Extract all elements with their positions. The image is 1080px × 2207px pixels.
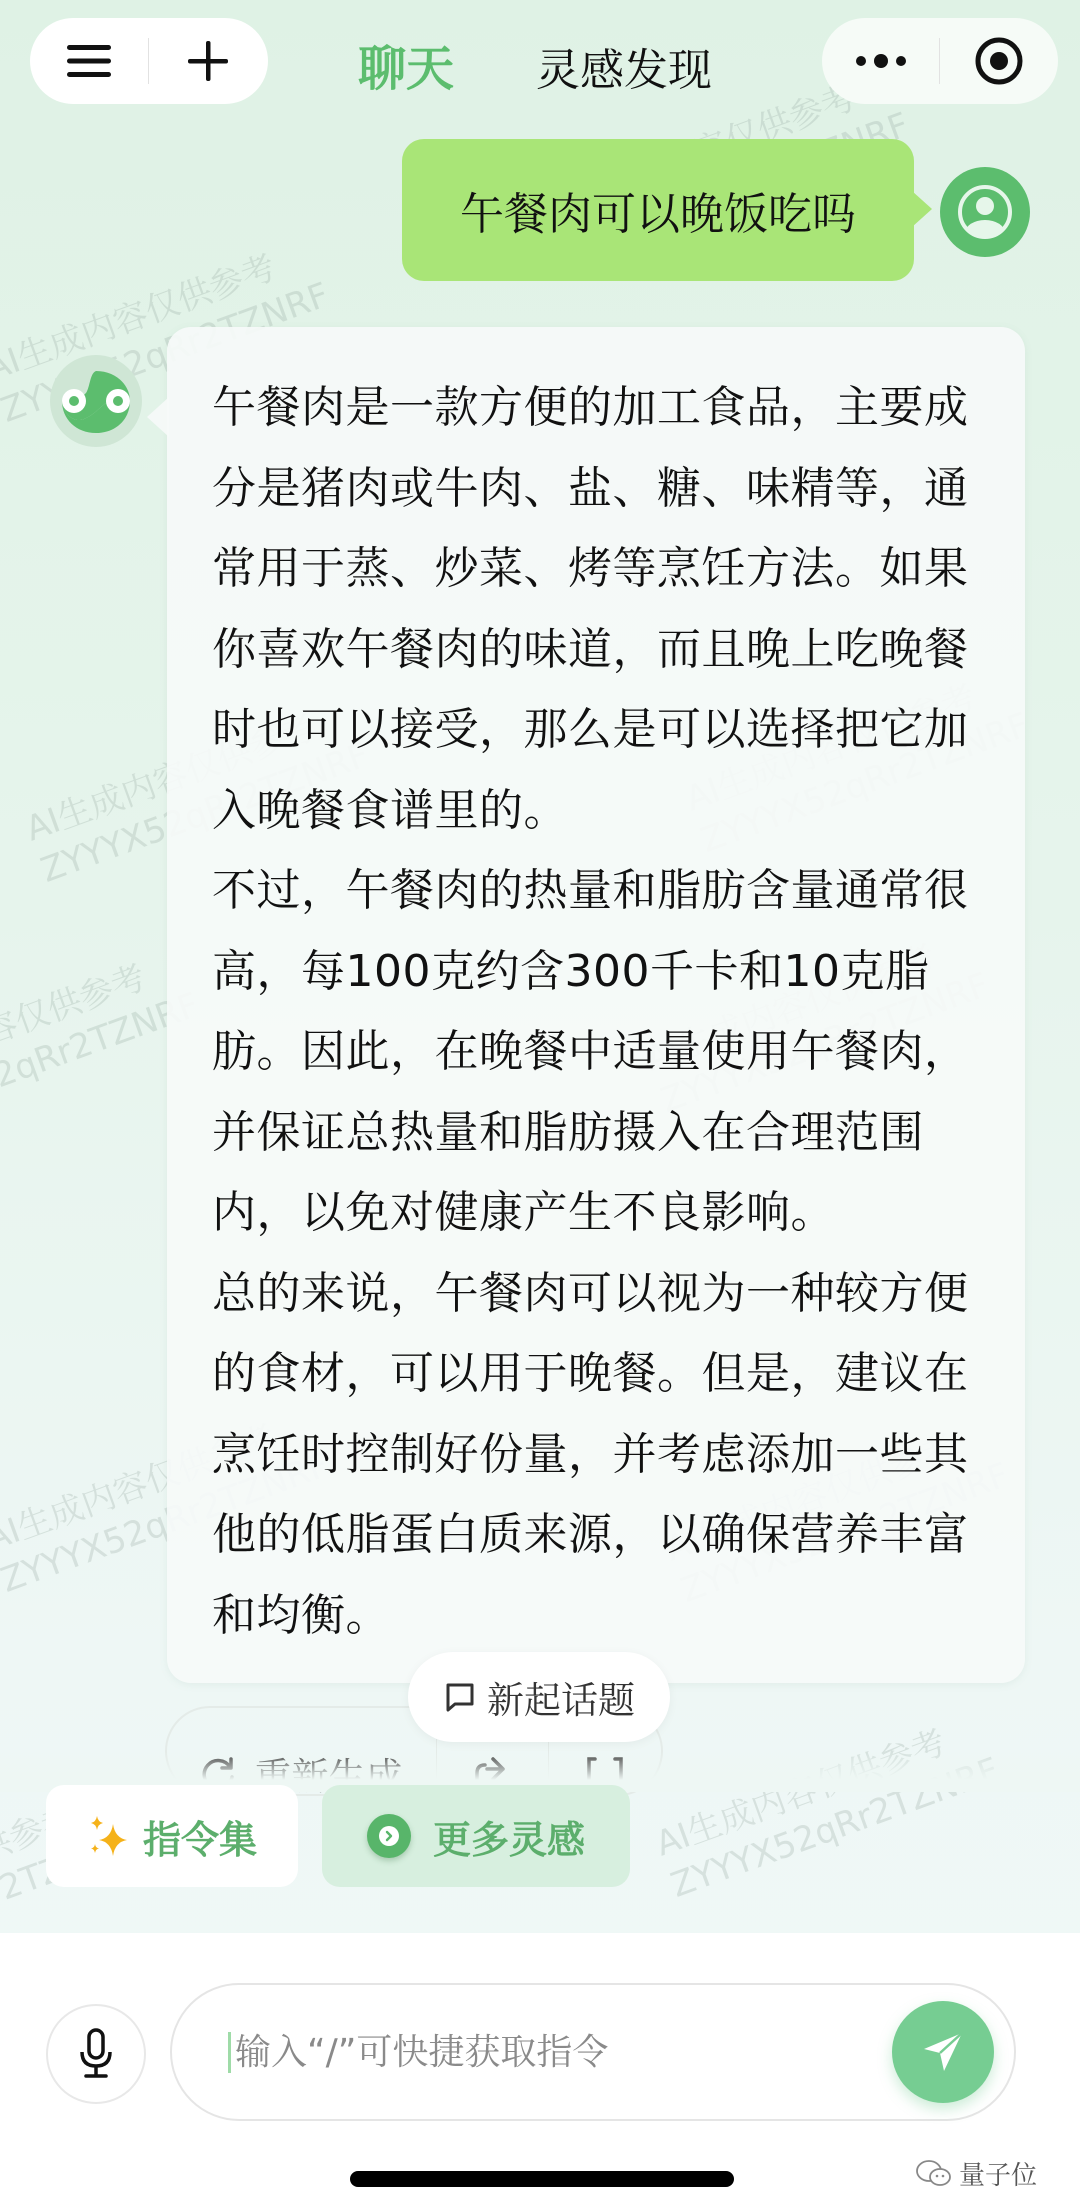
message-input[interactable] xyxy=(228,2032,828,2073)
user-avatar[interactable] xyxy=(940,167,1030,257)
arrow-circle-icon xyxy=(367,1814,411,1858)
close-miniprogram-button[interactable] xyxy=(940,18,1057,104)
bot-paragraph: 总的来说，午餐肉可以视为一种较方便的食材，可以用于晚餐。但是，建议在烹饪时控制好… xyxy=(212,1254,992,1657)
new-topic-label: 新起话题 xyxy=(487,1670,635,1724)
header-right-capsule xyxy=(822,18,1058,104)
more-dots-icon xyxy=(855,53,907,69)
command-set-label: 指令集 xyxy=(143,1809,257,1864)
wechat-icon xyxy=(915,2159,953,2189)
plus-icon xyxy=(188,41,228,81)
brand-watermark: 量子位 xyxy=(915,2155,1037,2192)
user-avatar-icon xyxy=(956,183,1014,241)
more-inspiration-label: 更多灵感 xyxy=(433,1809,585,1864)
microphone-icon xyxy=(78,2028,114,2080)
watermark: AI生成内容仅供参考ZYYYX52qRr2TZNRF xyxy=(650,1707,1005,1908)
command-set-button[interactable]: 指令集 xyxy=(46,1785,298,1887)
message-input-box[interactable] xyxy=(170,1983,1016,2121)
user-message-text: 午餐肉可以晚饭吃吗 xyxy=(460,178,856,242)
home-indicator[interactable] xyxy=(350,2171,734,2187)
bot-avatar[interactable] xyxy=(50,355,142,447)
more-options-button[interactable] xyxy=(822,18,939,104)
more-inspiration-button[interactable]: 更多灵感 xyxy=(322,1785,630,1887)
menu-icon xyxy=(67,43,111,79)
voice-input-button[interactable] xyxy=(46,2004,146,2104)
sparkle-icon xyxy=(87,1814,131,1858)
header-left-capsule xyxy=(30,18,268,104)
chat-bubble-icon xyxy=(443,1680,477,1714)
bot-message-text: 午餐肉是一款方便的加工食品，主要成分是猪肉或牛肉、盐、糖、味精等，通常用于蒸、炒… xyxy=(212,368,992,1656)
send-button[interactable] xyxy=(892,2001,994,2103)
user-message-bubble: 午餐肉可以晚饭吃吗 xyxy=(402,139,914,281)
bot-paragraph: 午餐肉是一款方便的加工食品，主要成分是猪肉或牛肉、盐、糖、味精等，通常用于蒸、炒… xyxy=(212,368,992,851)
bot-logo-icon xyxy=(50,355,142,447)
tab-inspiration-discovery[interactable]: 灵感发现 xyxy=(536,34,712,98)
send-paper-plane-icon xyxy=(918,2027,968,2077)
menu-button[interactable] xyxy=(30,18,148,104)
tab-chat[interactable]: 聊天 xyxy=(358,30,454,99)
new-chat-button[interactable] xyxy=(149,18,267,104)
brand-label: 量子位 xyxy=(959,2155,1037,2192)
new-topic-button[interactable]: 新起话题 xyxy=(408,1652,670,1742)
bot-paragraph: 不过，午餐肉的热量和脂肪含量通常很高，每100克约含300千卡和10克脂肪。因此… xyxy=(212,851,992,1254)
record-target-icon xyxy=(974,36,1024,86)
